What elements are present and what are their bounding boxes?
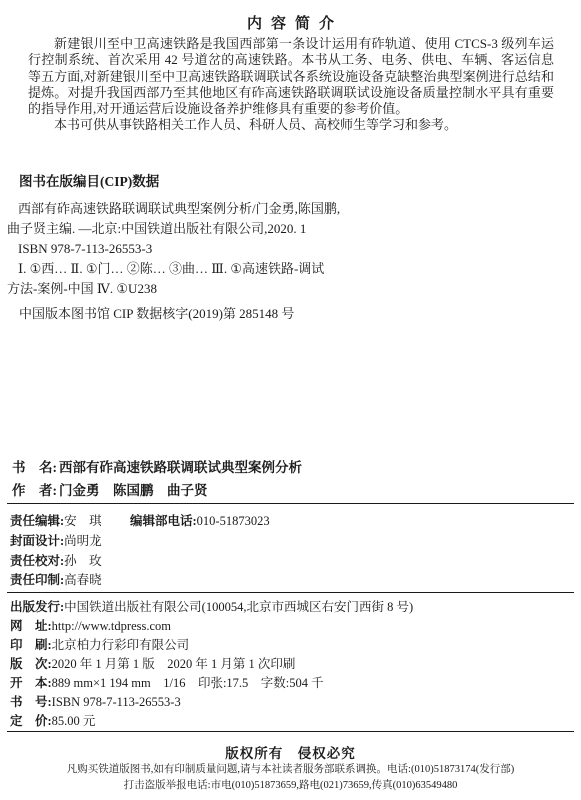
summary-paragraph-1: 新建银川至中卫高速铁路是我国西部第一条设计运用有砟轨道、使用 CTCS-3 级列…: [28, 36, 554, 117]
edition-label: 版 次:: [10, 657, 52, 671]
book-title-value: 西部有砟高速铁路联调联试典型案例分析: [59, 460, 302, 475]
publisher-value: 中国铁道出版社有限公司(100054,北京市西城区右安门西街 8 号): [64, 600, 413, 614]
cip-record-line-1: 西部有砟高速铁路联调联试典型案例分析/门金勇,陈国鹏,: [7, 199, 340, 219]
book-title-row: 书 名:西部有砟高速铁路联调联试典型案例分析: [12, 456, 302, 479]
proofreader-value: 孙 玫: [64, 554, 102, 568]
editor-row: 责任印制:高春晓: [10, 571, 571, 591]
cover-design-value: 尚明龙: [64, 534, 102, 548]
isbn-value: ISBN 978-7-113-26553-3: [52, 695, 181, 709]
cip-registry-number: 中国版本图书馆 CIP 数据核字(2019)第 285148 号: [19, 303, 294, 322]
cip-class-line-2: 方法-案例-中国 Ⅳ. ①U238: [7, 279, 324, 299]
publishing-block: 出版发行:中国铁道出版社有限公司(100054,北京市西城区右安门西街 8 号)…: [10, 598, 571, 731]
divider-rule-middle: [7, 592, 574, 593]
book-author-value: 门金勇 陈国鹏 曲子贤: [59, 483, 208, 498]
cip-classification: Ⅰ. ①西… Ⅱ. ①门… ②陈… ③曲… Ⅲ. ①高速铁路-调试 方法-案例-…: [7, 259, 324, 299]
book-title-label: 书 名:: [12, 460, 57, 475]
content-summary-heading: 内容简介: [0, 12, 581, 33]
isbn-label: 书 号:: [10, 695, 52, 709]
chief-editor-label: 责任编辑:: [10, 514, 64, 528]
cip-isbn: ISBN 978-7-113-26553-3: [7, 239, 340, 259]
footer-fineprint: 凡购买铁道版图书,如有印制质量问题,请与本社读者服务部联系调换。电话:(010)…: [0, 762, 581, 793]
cip-class-line-1: Ⅰ. ①西… Ⅱ. ①门… ②陈… ③曲… Ⅲ. ①高速铁路-调试: [7, 259, 324, 279]
publisher-row: 出版发行:中国铁道出版社有限公司(100054,北京市西城区右安门西街 8 号): [10, 598, 571, 617]
format-value: 889 mm×1 194 mm 1/16 印张:17.5 字数:504 千: [52, 676, 324, 690]
book-author-label: 作 者:: [12, 483, 57, 498]
cover-design-label: 封面设计:: [10, 534, 64, 548]
edition-row: 版 次:2020 年 1 月第 1 版 2020 年 1 月第 1 次印刷: [10, 655, 571, 674]
cip-heading: 图书在版编目(CIP)数据: [19, 170, 159, 190]
chief-editor-value: 安 琪: [64, 514, 102, 528]
editorial-phone-label: 编辑部电话:: [130, 514, 197, 528]
print-supervisor-value: 高春晓: [64, 573, 102, 587]
copyright-page: 内容简介 新建银川至中卫高速铁路是我国西部第一条设计运用有砟轨道、使用 CTCS…: [0, 0, 581, 800]
book-author-row: 作 者:门金勇 陈国鹏 曲子贤: [12, 479, 302, 502]
printer-label: 印 刷:: [10, 638, 52, 652]
copyright-notice: 版权所有 侵权必究: [0, 742, 581, 762]
divider-rule-top: [7, 503, 574, 504]
book-title-author-block: 书 名:西部有砟高速铁路联调联试典型案例分析 作 者:门金勇 陈国鹏 曲子贤: [12, 456, 302, 502]
editor-row: 责任校对:孙 玫: [10, 552, 571, 572]
printer-value: 北京柏力行彩印有限公司: [52, 638, 190, 652]
price-row: 定 价:85.00 元: [10, 712, 571, 731]
summary-paragraph-2: 本书可供从事铁路相关工作人员、科研人员、高校师生等学习和参考。: [28, 117, 554, 133]
print-supervisor-label: 责任印制:: [10, 573, 64, 587]
publisher-label: 出版发行:: [10, 600, 64, 614]
content-summary: 新建银川至中卫高速铁路是我国西部第一条设计运用有砟轨道、使用 CTCS-3 级列…: [28, 36, 554, 134]
price-label: 定 价:: [10, 714, 52, 728]
editors-block: 责任编辑:安 琪 编辑部电话:010-51873023 封面设计:尚明龙 责任校…: [10, 512, 571, 591]
format-row: 开 本:889 mm×1 194 mm 1/16 印张:17.5 字数:504 …: [10, 674, 571, 693]
website-value: http://www.tdpress.com: [52, 619, 171, 633]
anti-piracy-line: 打击盗版举报电话:市电(010)51873659,路电(021)73659,传真…: [0, 778, 581, 794]
printer-row: 印 刷:北京柏力行彩印有限公司: [10, 636, 571, 655]
proofreader-label: 责任校对:: [10, 554, 64, 568]
divider-rule-bottom: [7, 731, 574, 732]
website-row: 网 址:http://www.tdpress.com: [10, 617, 571, 636]
editor-row: 封面设计:尚明龙: [10, 532, 571, 552]
website-label: 网 址:: [10, 619, 52, 633]
isbn-row: 书 号:ISBN 978-7-113-26553-3: [10, 693, 571, 712]
editor-row: 责任编辑:安 琪 编辑部电话:010-51873023: [10, 512, 571, 532]
editorial-phone-value: 010-51873023: [197, 514, 270, 528]
price-value: 85.00 元: [52, 714, 96, 728]
editorial-phone: 编辑部电话:010-51873023: [130, 512, 270, 532]
exchange-notice-line: 凡购买铁道版图书,如有印制质量问题,请与本社读者服务部联系调换。电话:(010)…: [0, 762, 581, 778]
cip-record-line-2: 曲子贤主编. —北京:中国铁道出版社有限公司,2020. 1: [7, 219, 340, 239]
edition-value: 2020 年 1 月第 1 版 2020 年 1 月第 1 次印刷: [52, 657, 296, 671]
format-label: 开 本:: [10, 676, 52, 690]
cip-record: 西部有砟高速铁路联调联试典型案例分析/门金勇,陈国鹏, 曲子贤主编. —北京:中…: [7, 199, 340, 259]
